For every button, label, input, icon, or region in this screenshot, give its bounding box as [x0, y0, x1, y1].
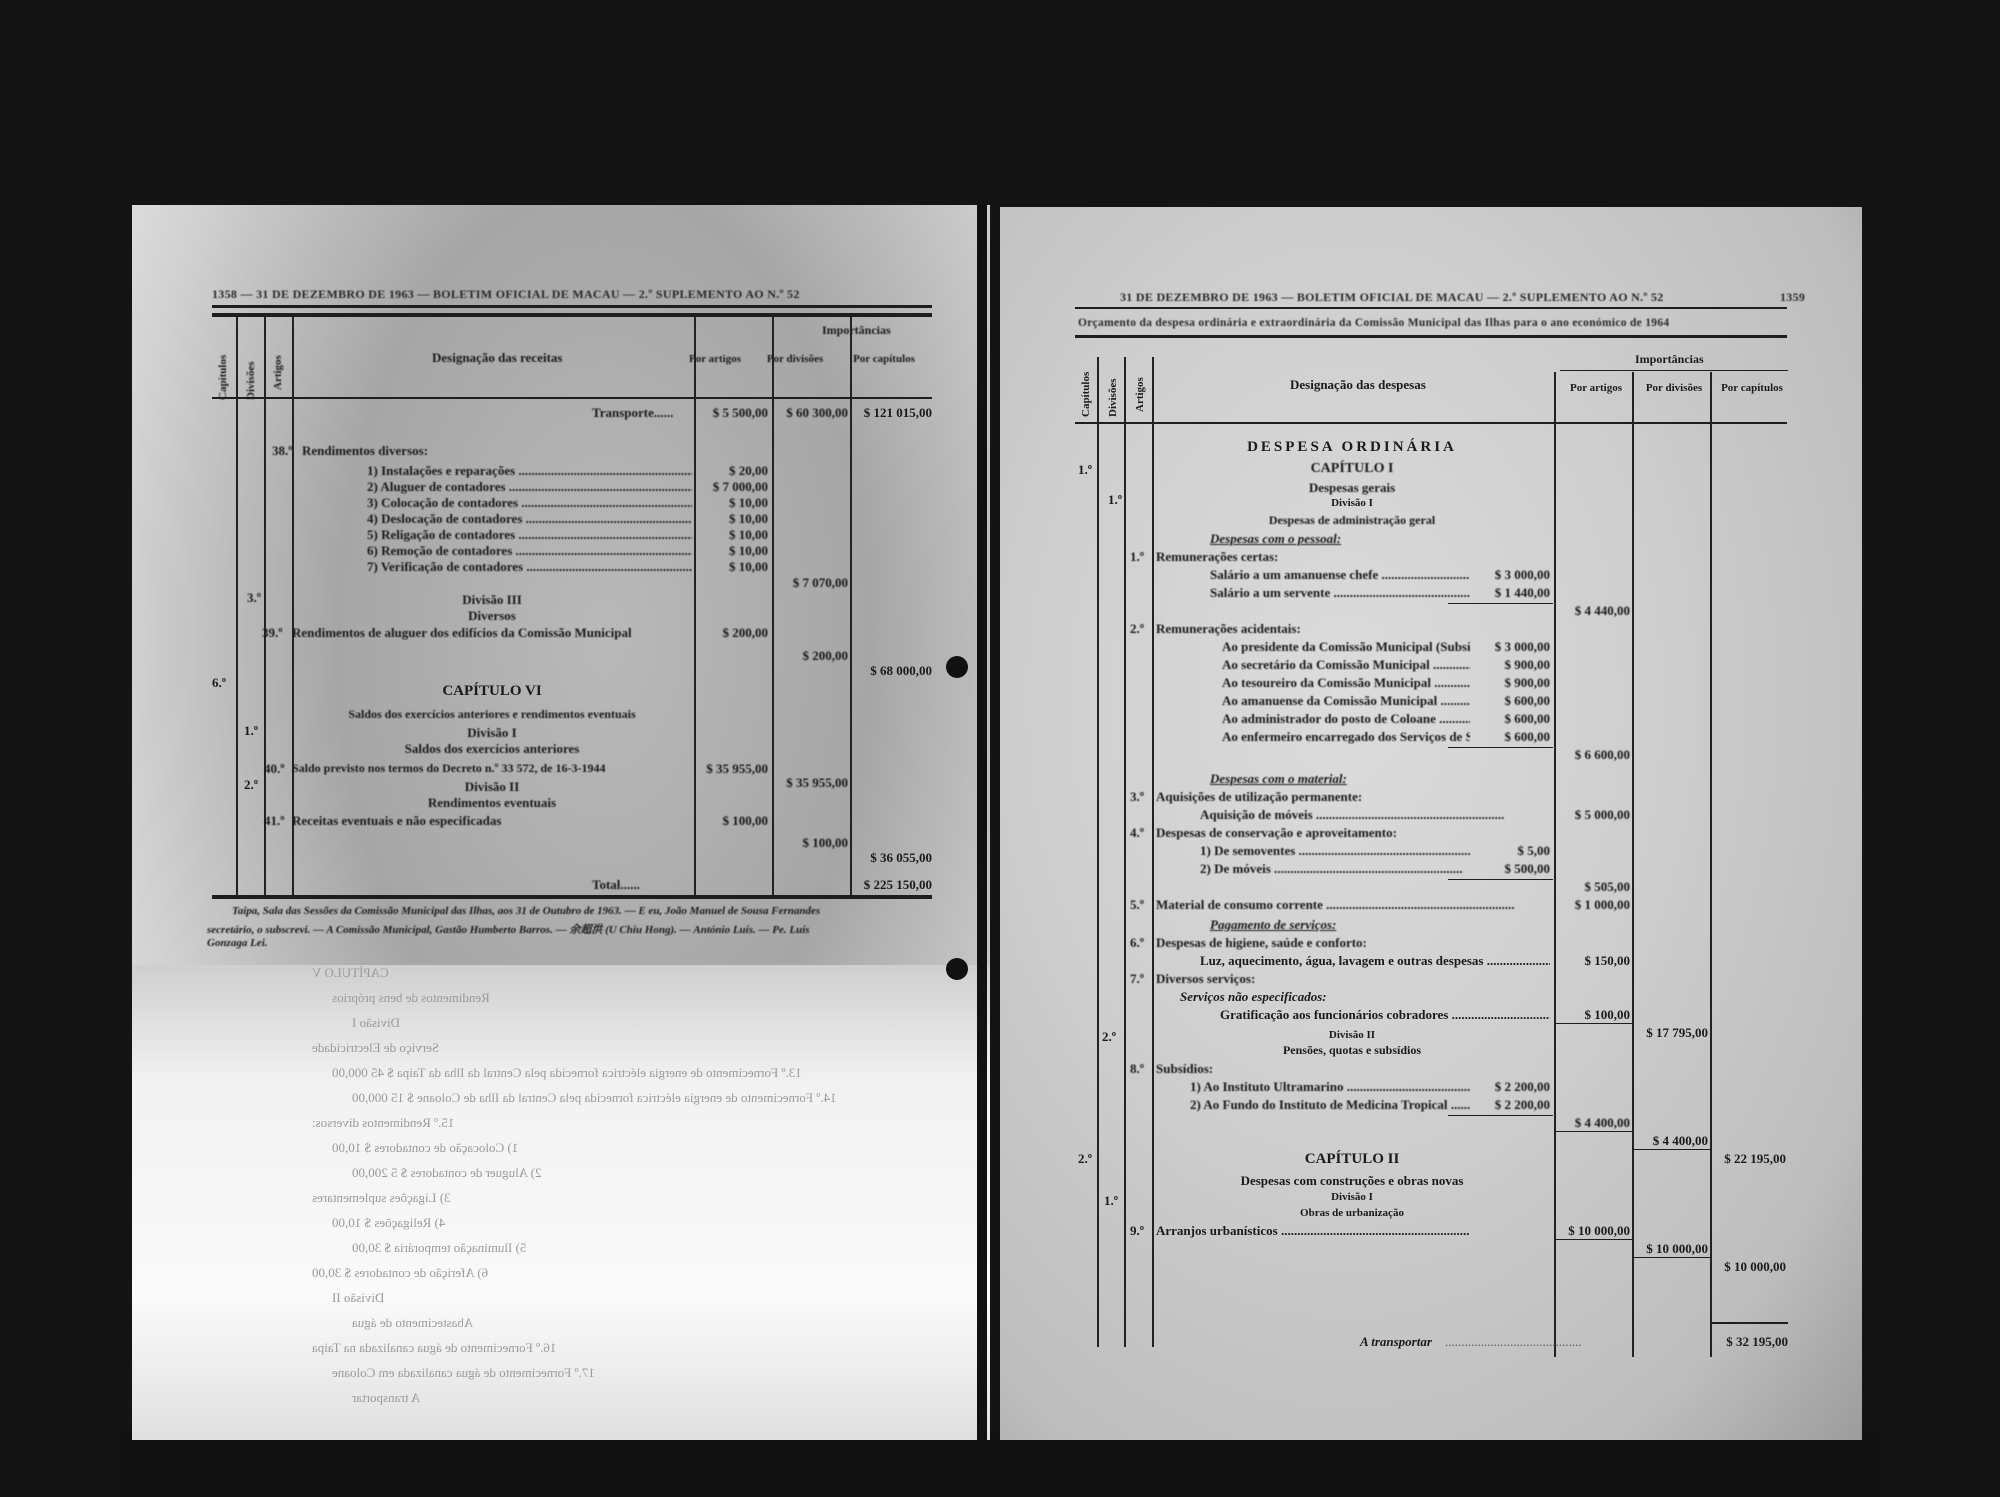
column-divider: [1710, 372, 1712, 1357]
col-header-artigos: Artigos: [272, 330, 284, 390]
cap-2-subtitle: Despesas com construções e obras novas: [1152, 1173, 1552, 1189]
div-1-subtitle: Despesas de administração geral: [1152, 513, 1552, 528]
item-label: 2) De móveis ...........................…: [1200, 861, 1470, 877]
item-label: Salário a um amanuense chefe ...........…: [1210, 567, 1470, 583]
cap-6-number: 6.º: [212, 675, 226, 691]
col-header-por-artigos: Por artigos: [1558, 382, 1634, 394]
binding-hole: [946, 958, 968, 980]
header-rule: [212, 305, 932, 308]
item-value: $ 10 000,00: [1558, 1223, 1630, 1239]
cap6-div-1-number: 1.º: [244, 723, 258, 739]
col-header-por-divisoes: Por divisões: [760, 353, 830, 365]
a-transportar-value: $ 32 195,00: [1712, 1334, 1788, 1350]
scanner-shadow: [120, 1430, 1880, 1497]
header-rule: [1075, 307, 1787, 309]
col-header-por-capitulos: Por capítulos: [1714, 382, 1790, 394]
cap2-div-1-total: $ 10 000,00: [1636, 1241, 1708, 1257]
bleed-line: 17.º Fornecimento de água canalizada em …: [332, 1365, 595, 1381]
page-gutter: [977, 205, 987, 1440]
cap6-div-2-number: 2.º: [244, 777, 258, 793]
article-number: 6.º: [1130, 935, 1144, 951]
footer-line-2: secretário, o subscrevi. — A Comissão Mu…: [207, 921, 810, 937]
cap-2-total: $ 10 000,00: [1714, 1259, 1786, 1275]
budget-title: Orçamento da despesa ordinária e extraor…: [1078, 317, 1669, 329]
subtotal-rule: [1634, 1149, 1710, 1150]
item-value: $ 900,00: [1470, 675, 1550, 691]
item-label: Ao secretário da Comissão Municipal ....…: [1222, 657, 1470, 673]
leader-dots: ........................................…: [1445, 1334, 1582, 1350]
subtotal-value: $ 6 600,00: [1558, 747, 1630, 763]
subtotal-rule: [1556, 1023, 1632, 1024]
cap-6-total: $ 36 055,00: [850, 850, 932, 866]
despesas-material-heading: Despesas com o material:: [1210, 771, 1347, 787]
div-1-total: $ 17 795,00: [1636, 1025, 1708, 1041]
a-transportar-label: A transportar: [1360, 1334, 1432, 1350]
subtotal-rule: [1448, 1115, 1553, 1116]
art-41-label: Receitas eventuais e não especificadas: [292, 813, 501, 829]
art-40-value: $ 35 955,00: [694, 761, 768, 777]
item-label: Gratificação aos funcionários cobradores…: [1220, 1007, 1550, 1023]
article-label: Remunerações acidentais:: [1156, 621, 1301, 637]
column-divider: [1554, 372, 1556, 1357]
item-value: $ 1 440,00: [1470, 585, 1550, 601]
art-40-number: 40.º: [264, 761, 285, 777]
cap-2-number: 2.º: [1078, 1151, 1092, 1167]
item-value: $ 2 200,00: [1470, 1097, 1550, 1113]
cap-6-subtitle: Saldos dos exercícios anteriores e rendi…: [292, 707, 692, 722]
sublabel: Serviços não especificados:: [1180, 989, 1327, 1005]
item-value: $ 600,00: [1470, 693, 1550, 709]
transporte-label: Transporte......: [592, 405, 673, 421]
right-running-header: 31 DE DEZEMBRO DE 1963 — BOLETIM OFICIAL…: [1120, 290, 1664, 305]
bleed-line: Divisão II: [332, 1290, 384, 1306]
cap-1-number: 1.º: [1078, 462, 1092, 478]
cap2-div-1-title: Divisão I: [1152, 1191, 1552, 1203]
cap-1-total: $ 22 195,00: [1714, 1151, 1786, 1167]
header-rule: [212, 313, 932, 317]
list-item-value: $ 10,00: [694, 543, 768, 559]
cap6-div-2-title: Divisão II: [292, 779, 692, 795]
item-value: $ 600,00: [1470, 729, 1550, 745]
table-header-rule: [212, 397, 932, 399]
div-3-title: Divisão III: [292, 592, 692, 608]
bleed-line: 2) Aluguer de contadores $ 5 200,00: [352, 1165, 542, 1181]
bleed-line: 13.º Fornecimento de energia eléctrica f…: [332, 1065, 802, 1081]
col-header-por-artigos: Por artigos: [680, 353, 750, 365]
item-label: 2) Ao Fundo do Instituto de Medicina Tro…: [1190, 1097, 1470, 1113]
article-label: Remunerações certas:: [1156, 549, 1278, 565]
cap2-div-1-number: 1.º: [1104, 1193, 1118, 1209]
div-2-title: Divisão II: [1152, 1029, 1552, 1041]
total-value: $ 225 150,00: [850, 877, 932, 893]
bleed-line: CAPÍTULO V: [312, 965, 389, 981]
item-label: 1) Ao Instituto Ultramarino ............…: [1190, 1079, 1470, 1095]
left-running-header: 1358 — 31 DE DEZEMBRO DE 1963 — BOLETIM …: [212, 287, 800, 302]
item-value: $ 2 200,00: [1470, 1079, 1550, 1095]
cap2-div-1-subtitle: Obras de urbanização: [1152, 1207, 1552, 1219]
subtotal-rule: [1634, 1257, 1710, 1258]
item-label: Ao presidente da Comissão Municipal (Sub…: [1222, 639, 1470, 655]
cap6-div-2-subtitle: Rendimentos eventuais: [292, 795, 692, 811]
col-header-por-divisoes: Por divisões: [1636, 382, 1712, 394]
item-label: Ao administrador do posto de Coloane ...…: [1222, 711, 1470, 727]
subtotal-rule: [1448, 603, 1553, 604]
col-header-capitulos: Capítulos: [217, 330, 229, 400]
item-value: $ 3 000,00: [1470, 639, 1550, 655]
item-value: $ 500,00: [1470, 861, 1550, 877]
art-39-number: 39.º: [262, 625, 283, 641]
article-label: Despesas de conservação e aproveitamento…: [1156, 825, 1397, 841]
item-label: Aquisição de móveis ....................…: [1200, 807, 1550, 823]
art-39-value: $ 200,00: [694, 625, 768, 641]
div-2-subtitle: Pensões, quotas e subsídios: [1152, 1043, 1552, 1058]
div-3-subtitle: Diversos: [292, 608, 692, 624]
subtotal-rule: [1448, 747, 1553, 748]
article-label: Material de consumo corrente ...........…: [1156, 897, 1551, 913]
list-item-value: $ 10,00: [694, 527, 768, 543]
cap-5-total: $ 68 000,00: [850, 663, 932, 679]
total-label: Total......: [592, 877, 640, 893]
list-item-label: 7) Verificação de contadores ...........…: [367, 559, 692, 575]
item-label: Salário a um servente ..................…: [1210, 585, 1470, 601]
item-label: Ao tesoureiro da Comissão Municipal ....…: [1222, 675, 1470, 691]
art-38-label: Rendimentos diversos:: [302, 443, 428, 459]
bleed-line: 3) Ligações suplementares: [312, 1190, 451, 1206]
art-39-label: Rendimentos de aluguer dos edifícios da …: [292, 625, 632, 641]
article-number: 9.º: [1130, 1223, 1144, 1239]
bleed-line: 14.º Fornecimento de energia eléctrica f…: [352, 1090, 837, 1106]
cap-6-title: CAPÍTULO VI: [292, 683, 692, 700]
article-number: 3.º: [1130, 789, 1144, 805]
div-2-number: 2.º: [1102, 1029, 1116, 1045]
cap6-div-1-title: Divisão I: [292, 725, 692, 741]
item-label: Ao amanuense da Comissão Municipal .....…: [1222, 693, 1470, 709]
footer-line-3: Gonzaga Lei.: [207, 937, 268, 949]
page-number: 1359: [1780, 290, 1805, 305]
bleed-line: 6) Aferição de contadores $ 30,00: [312, 1265, 488, 1281]
article-number: 5.º: [1130, 897, 1144, 913]
item-value: $ 150,00: [1558, 953, 1630, 969]
item-label: 1) De semoventes .......................…: [1200, 843, 1470, 859]
article-label: Diversos serviços:: [1156, 971, 1255, 987]
div-1-number: 1.º: [1108, 492, 1122, 508]
column-divider: [694, 317, 696, 897]
art-41-number: 41.º: [264, 813, 285, 829]
cap6-div-1-subtitle: Saldos dos exercícios anteriores: [292, 741, 692, 757]
div-2-total: $ 4 400,00: [1636, 1133, 1708, 1149]
article-number: 8.º: [1130, 1061, 1144, 1077]
art-38-number: 38.º: [272, 443, 293, 459]
column-divider: [236, 317, 238, 897]
article-number: 2.º: [1130, 621, 1144, 637]
article-label: Despesas de higiene, saúde e conforto:: [1156, 935, 1367, 951]
list-item-label: 6) Remoção de contadores ...............…: [367, 543, 692, 559]
div-3-number: 3.º: [247, 590, 261, 606]
article-number: 4.º: [1130, 825, 1144, 841]
section-despesa-ordinaria: DESPESA ORDINÁRIA: [1152, 439, 1552, 456]
bleed-line: Serviço de Electricidade: [312, 1040, 439, 1056]
list-item-value: $ 20,00: [694, 463, 768, 479]
list-item-label: 2) Aluguer de contadores ...............…: [367, 479, 692, 495]
transporte-artigos: $ 5 500,00: [694, 405, 768, 421]
bleed-line: Divisão I: [352, 1015, 400, 1031]
column-divider: [772, 317, 774, 897]
bleed-line: A transportar: [352, 1390, 420, 1406]
column-divider: [264, 317, 266, 897]
col-header-artigos: Artigos: [1134, 352, 1146, 412]
col-header-divisoes: Divisões: [1107, 347, 1119, 417]
transporte-capitulos: $ 121 015,00: [850, 405, 932, 421]
art-40-label: Saldo previsto nos termos do Decreto n.º…: [292, 761, 606, 776]
column-divider: [1632, 372, 1634, 1357]
item-value: $ 600,00: [1470, 711, 1550, 727]
art-41-value: $ 100,00: [694, 813, 768, 829]
art-41-div-subtotal: $ 100,00: [772, 835, 848, 851]
total-rule: [1712, 1322, 1788, 1324]
col-header-designacao: Designação das despesas: [1290, 377, 1426, 393]
item-value: $ 100,00: [1558, 1007, 1630, 1023]
col-header-divisoes: Divisões: [245, 330, 257, 400]
article-number: 7.º: [1130, 971, 1144, 987]
cap-1-title: CAPÍTULO I: [1152, 461, 1552, 477]
art-40-div-subtotal: $ 35 955,00: [772, 775, 848, 791]
cap-1-subtitle: Despesas gerais: [1152, 480, 1552, 496]
item-value: $ 5 000,00: [1558, 807, 1630, 823]
table-header-rule: [1075, 422, 1787, 424]
article-label: Subsídios:: [1156, 1061, 1213, 1077]
bleed-line: 4) Religações $ 10,00: [332, 1215, 445, 1231]
column-divider: [1124, 357, 1126, 1347]
bleed-line: 15.º Rendimentos diversos:: [312, 1115, 454, 1131]
article-number: 1.º: [1130, 549, 1144, 565]
list-item-label: 4) Deslocação de contadores ............…: [367, 511, 692, 527]
subtotal-value: $ 4 400,00: [1558, 1115, 1630, 1131]
column-divider: [1097, 357, 1099, 1347]
article-label: Aquisições de utilização permanente:: [1156, 789, 1362, 805]
bleed-line: 5) Iluminação temporária $ 30,00: [352, 1240, 526, 1256]
article-label: Arranjos urbanísticos ..................…: [1156, 1223, 1551, 1239]
binding-hole: [946, 656, 968, 678]
item-label: Ao enfermeiro encarregado dos Serviços d…: [1222, 729, 1470, 745]
importancias-brace: [1560, 370, 1788, 371]
art-38-subtotal: $ 7 070,00: [772, 575, 848, 591]
subtotal-value: $ 505,00: [1558, 879, 1630, 895]
right-page: 31 DE DEZEMBRO DE 1963 — BOLETIM OFICIAL…: [1000, 207, 1862, 1440]
bleed-line: 16.º Fornecimento de água canalizada na …: [312, 1340, 556, 1356]
bleed-line: Rendimentos de bens próprios: [332, 990, 490, 1006]
list-item-label: 1) Instalações e reparações ............…: [367, 463, 692, 479]
title-rule: [1075, 335, 1787, 338]
col-header-importancias: Importâncias: [1635, 352, 1704, 367]
subtotal-rule: [1556, 1131, 1632, 1132]
art-39-div-subtotal: $ 200,00: [772, 648, 848, 664]
col-header-por-capitulos: Por capítulos: [844, 353, 924, 365]
cap-2-title: CAPÍTULO II: [1152, 1151, 1552, 1168]
transporte-divisoes: $ 60 300,00: [772, 405, 848, 421]
col-header-importancias: Importâncias: [822, 323, 891, 338]
bleed-line: Abastecimento de água: [352, 1315, 473, 1331]
list-item-label: 5) Religação de contadores .............…: [367, 527, 692, 543]
list-item-value: $ 10,00: [694, 559, 768, 575]
list-item-label: 3) Colocação de contadores .............…: [367, 495, 692, 511]
col-header-designacao: Designação das receitas: [432, 350, 562, 366]
subtotal-rule: [1448, 879, 1553, 880]
column-divider: [850, 317, 852, 897]
item-label: Luz, aquecimento, água, lavagem e outras…: [1200, 953, 1550, 969]
pagamento-servicos-heading: Pagamento de serviços:: [1210, 917, 1336, 933]
item-value: $ 900,00: [1470, 657, 1550, 673]
item-value: $ 5,00: [1470, 843, 1550, 859]
bleed-line: 1) Colocação de contadores $ 10,00: [332, 1140, 518, 1156]
item-value: $ 3 000,00: [1470, 567, 1550, 583]
table-bottom-rule: [212, 895, 932, 899]
left-page: 1358 — 31 DE DEZEMBRO DE 1963 — BOLETIM …: [132, 205, 990, 1440]
list-item-value: $ 10,00: [694, 511, 768, 527]
col-header-capitulos: Capítulos: [1080, 347, 1092, 417]
subtotal-rule: [1556, 1239, 1632, 1240]
subtotal-value: $ 4 440,00: [1558, 603, 1630, 619]
footer-line-1: Taipa, Sala das Sessões da Comissão Muni…: [232, 905, 820, 917]
despesas-pessoal-heading: Despesas com o pessoal:: [1210, 531, 1341, 547]
list-item-value: $ 7 000,00: [694, 479, 768, 495]
div-1-title: Divisão I: [1152, 497, 1552, 509]
list-item-value: $ 10,00: [694, 495, 768, 511]
item-value: $ 1 000,00: [1558, 897, 1630, 913]
